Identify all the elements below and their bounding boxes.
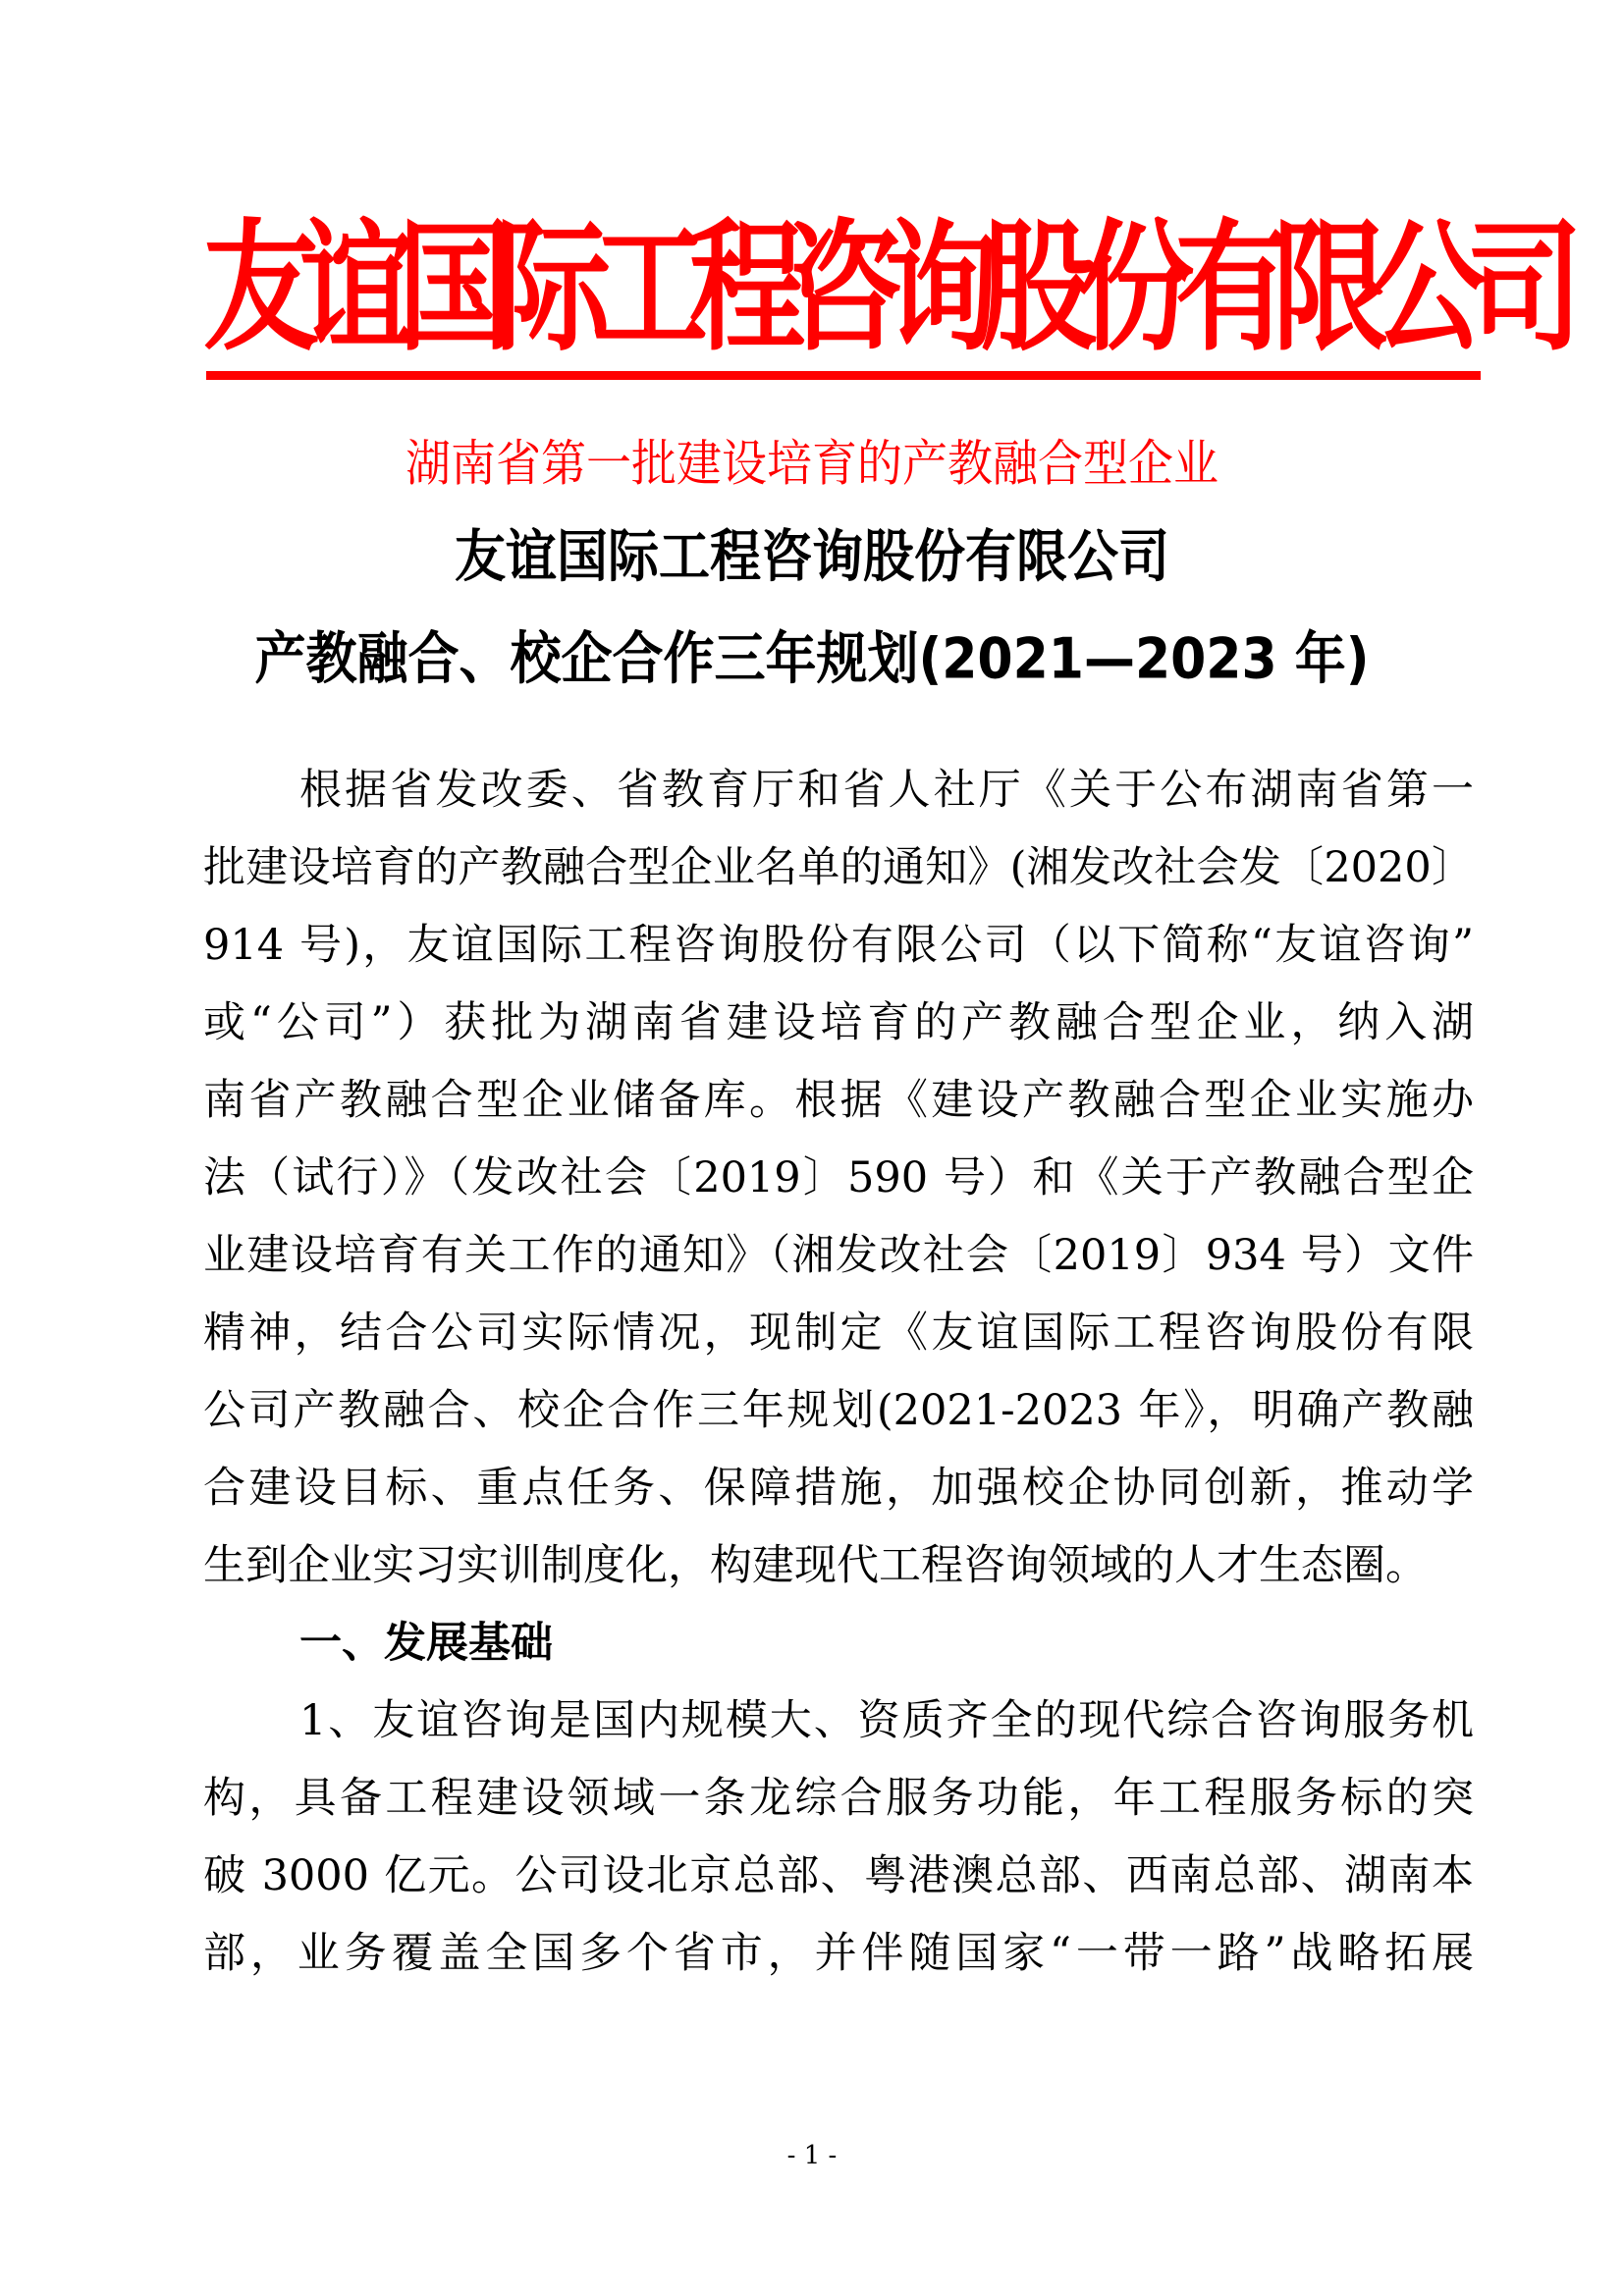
letterhead-char: 股 xyxy=(981,198,1078,378)
page-number: - 1 - xyxy=(0,2138,1624,2173)
letterhead-char: 谊 xyxy=(300,198,398,378)
designation-subtitle: 湖南省第一批建设培育的产教融合型企业 xyxy=(0,429,1624,498)
paragraph-line: 914 号)，友谊国际工程咨询股份有限公司（以下简称“友谊咨询” xyxy=(203,907,1474,985)
paragraph-line: 1、友谊咨询是国内规模大、资质齐全的现代综合咨询服务机 xyxy=(203,1682,1474,1760)
letterhead-char: 司 xyxy=(1467,198,1564,378)
paragraph-line: 批建设培育的产教融合型企业名单的通知》(湘发改社会发〔2020〕 xyxy=(203,829,1474,907)
letterhead-char: 限 xyxy=(1272,198,1370,378)
letterhead-char: 咨 xyxy=(786,198,884,378)
paragraph-line: 公司产教融合、校企合作三年规划(2021-2023 年》，明确产教融 xyxy=(203,1372,1474,1450)
letterhead-char: 份 xyxy=(1078,198,1175,378)
document-title-plan: 产教融合、校企合作三年规划(2021—2023 年) xyxy=(0,620,1624,698)
letterhead-char: 国 xyxy=(398,198,495,378)
letterhead-char: 友 xyxy=(203,198,300,378)
intro-paragraph: 根据省发改委、省教育厅和省人社厅《关于公布湖南省第一 批建设培育的产教融合型企业… xyxy=(203,752,1474,1605)
document-body: 根据省发改委、省教育厅和省人社厅《关于公布湖南省第一 批建设培育的产教融合型企业… xyxy=(203,752,1474,1993)
document-page: 友 谊 国 际 工 程 咨 询 股 份 有 限 公 司 湖南省第一批建设培育的产… xyxy=(0,0,1624,2296)
letterhead-char: 询 xyxy=(884,198,981,378)
letterhead-char: 际 xyxy=(495,198,592,378)
letterhead-company-name: 友 谊 国 际 工 程 咨 询 股 份 有 限 公 司 xyxy=(203,214,1476,361)
paragraph-line: 生到企业实习实训制度化，构建现代工程咨询领域的人才生态圈。 xyxy=(203,1527,1474,1605)
letterhead-char: 有 xyxy=(1175,198,1272,378)
paragraph-line: 合建设目标、重点任务、保障措施，加强校企协同创新，推动学 xyxy=(203,1450,1474,1527)
letterhead-char: 公 xyxy=(1370,198,1467,378)
paragraph-line: 精神，结合公司实际情况，现制定《友谊国际工程咨询股份有限 xyxy=(203,1295,1474,1372)
paragraph-line: 根据省发改委、省教育厅和省人社厅《关于公布湖南省第一 xyxy=(203,752,1474,829)
paragraph-line: 构，具备工程建设领域一条龙综合服务功能，年工程服务标的突 xyxy=(203,1760,1474,1838)
letterhead-char: 工 xyxy=(592,198,689,378)
section-1-item-1: 1、友谊咨询是国内规模大、资质齐全的现代综合咨询服务机 构，具备工程建设领域一条… xyxy=(203,1682,1474,1993)
section-heading-development-basis: 一、发展基础 xyxy=(203,1605,1474,1682)
paragraph-line: 部，业务覆盖全国多个省市，并伴随国家“一带一路”战略拓展 xyxy=(203,1915,1474,1993)
letterhead-divider xyxy=(206,371,1481,380)
paragraph-line: 业建设培育有关工作的通知》（湘发改社会〔2019〕934 号）文件 xyxy=(203,1217,1474,1295)
paragraph-line: 破 3000 亿元。公司设北京总部、粤港澳总部、西南总部、湖南本 xyxy=(203,1838,1474,1915)
letterhead-char: 程 xyxy=(689,198,786,378)
paragraph-line: 或“公司”）获批为湖南省建设培育的产教融合型企业，纳入湖 xyxy=(203,985,1474,1062)
paragraph-line: 法（试行）》（发改社会〔2019〕590 号）和《关于产教融合型企 xyxy=(203,1140,1474,1217)
document-title-company: 友谊国际工程咨询股份有限公司 xyxy=(0,518,1624,596)
paragraph-line: 南省产教融合型企业储备库。根据《建设产教融合型企业实施办 xyxy=(203,1062,1474,1140)
